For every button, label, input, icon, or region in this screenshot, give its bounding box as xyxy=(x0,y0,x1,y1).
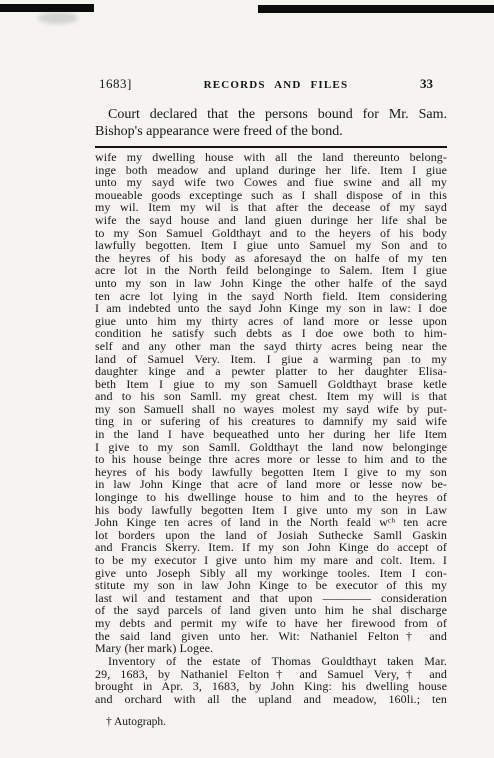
section-divider-rule xyxy=(95,146,447,148)
text-line: unto my son in law John Kinge the other … xyxy=(95,277,447,290)
text-line: Inventory of the estate of Thomas Gouldt… xyxy=(95,655,447,668)
court-record-paragraph: Court declared that the persons bound fo… xyxy=(95,107,447,140)
footnote: † Autograph. xyxy=(106,716,447,728)
text-line: unto my sayd wife two Cowes and fiue swi… xyxy=(95,176,447,189)
text-line: John Kinge ten acres of land in the Nort… xyxy=(95,516,447,529)
text-line: I am indebted unto the sayd John Kinge m… xyxy=(95,302,447,315)
scan-artifact-bar-left xyxy=(0,4,94,12)
text-line: longinge to his dwellinge house to him a… xyxy=(95,491,447,504)
text-line: to his house beinge thre acres more or l… xyxy=(95,453,447,466)
text-line: wife the sayd house and land giuen durin… xyxy=(95,214,447,227)
scan-smudge xyxy=(38,12,78,24)
text-line: and to his son Samll. my great chest. It… xyxy=(95,390,447,403)
text-line: daughter kinge and a pewter platter to h… xyxy=(95,365,447,378)
text-line: Bishop's appearance were freed of the bo… xyxy=(95,124,447,141)
text-line: in the land I have bequeathed unto her d… xyxy=(95,428,447,441)
text-line: lawfully begotten. Item I giue unto Samu… xyxy=(95,239,447,252)
will-text-paragraph: wife my dwelling house with all the land… xyxy=(95,151,447,655)
header-running-title: RECORDS AND FILES xyxy=(204,79,349,91)
text-line: wife my dwelling house with all the land… xyxy=(95,151,447,164)
text-line: and orchard with all the upland and mead… xyxy=(95,693,447,706)
header-year: 1683] xyxy=(95,76,132,92)
text-line: stitute my son in law John Kinge to be e… xyxy=(95,579,447,592)
text-line: self and any other man the sayd thirty a… xyxy=(95,340,447,353)
text-line: Mary (her mark) Logee. xyxy=(95,642,447,655)
page-header: 1683] RECORDS AND FILES 33 xyxy=(95,76,447,92)
inventory-paragraph: Inventory of the estate of Thomas Gouldt… xyxy=(95,655,447,706)
text-line: to be my executor I give unto him my mar… xyxy=(95,554,447,567)
scan-artifact-bar-right xyxy=(258,5,494,13)
text-line: Court declared that the persons bound fo… xyxy=(95,107,447,124)
page-content: 1683] RECORDS AND FILES 33 Court declare… xyxy=(95,76,447,728)
text-line: my debts and permit my wife to have her … xyxy=(95,617,447,630)
header-page-number: 33 xyxy=(420,76,447,92)
